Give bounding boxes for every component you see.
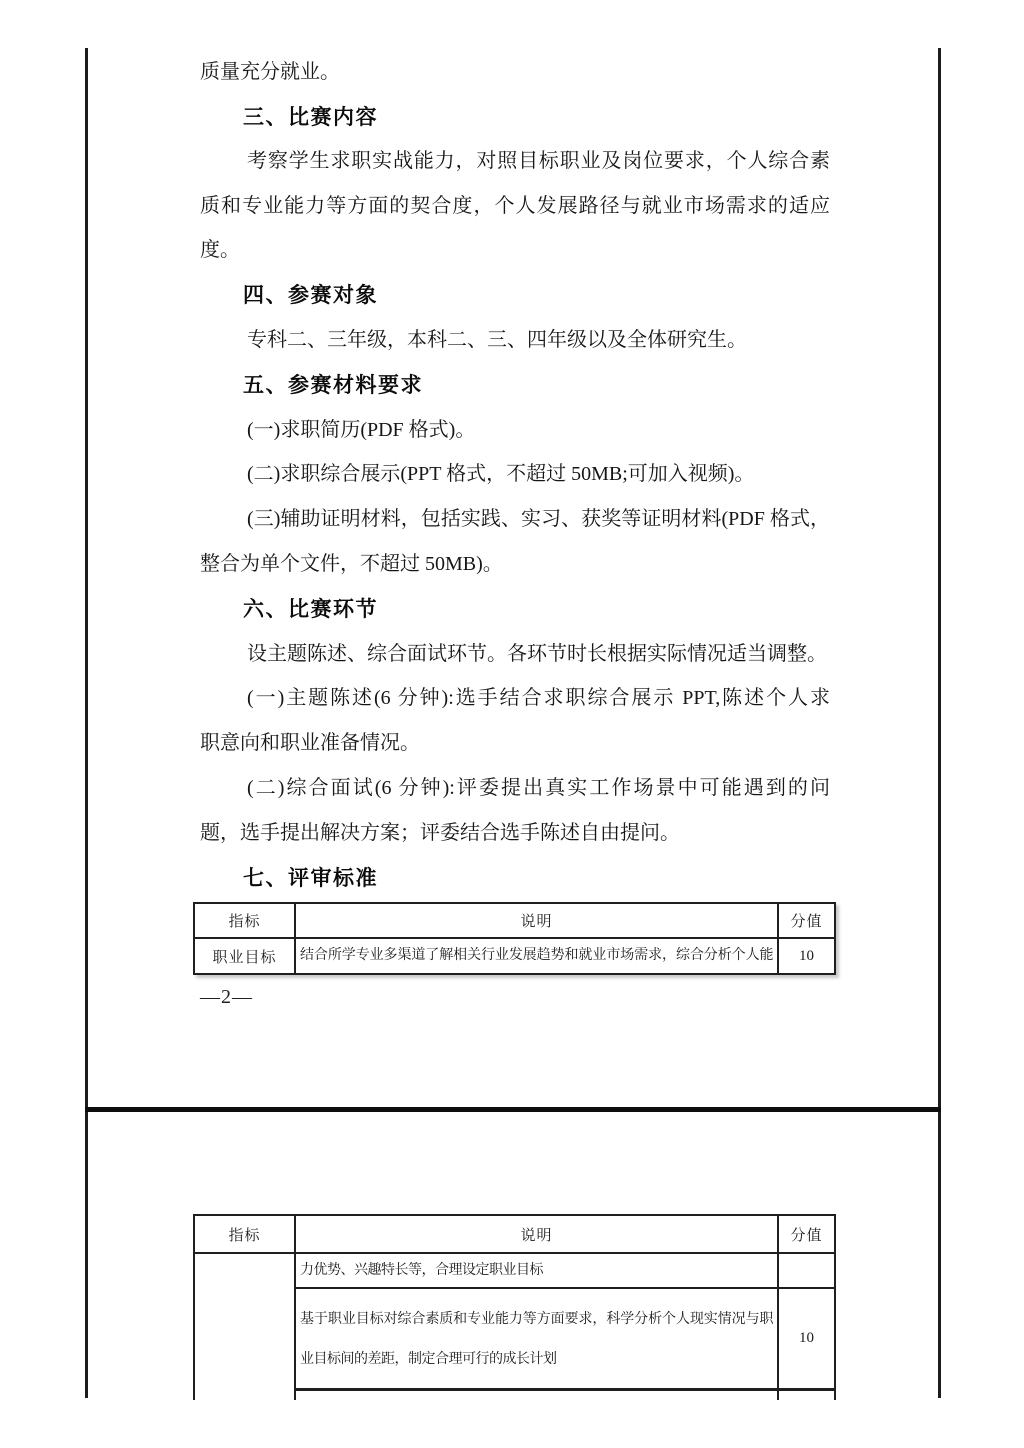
body-line: 质和专业能力等方面的契合度，个人发展路径与就业市场需求的适应 [200,184,830,229]
table-cell-description: 基于职业目标对综合素质和专业能力等方面要求，科学分析个人现实情况与职 [300,1305,773,1335]
table-cell-score: 10 [779,1289,834,1388]
document-page: 质量充分就业。 三、比赛内容 考察学生求职实战能力，对照目标职业及岗位要求，个人… [0,0,1024,1448]
section-heading-participants: 四、参赛对象 [243,273,378,318]
table-cell-description-continuation: 力优势、兴趣特长等，合理设定职业目标 [300,1256,773,1286]
body-line: 职意向和职业准备情况。 [200,721,420,766]
section-heading-material-requirements: 五、参赛材料要求 [243,363,423,408]
body-line: 专科二、三年级，本科二、三、四年级以及全体研究生。 [247,318,747,363]
section-heading-contest-content: 三、比赛内容 [243,95,378,140]
body-line: (二)综合面试(6 分钟):评委提出真实工作场景中可能遇到的问 [247,766,830,811]
body-line: 度。 [200,228,240,273]
page-number: —2— [200,986,253,1009]
table-cell-score: 10 [779,939,834,973]
table-header-indicator: 指标 [195,1216,294,1252]
page-right-border-line [938,48,941,1398]
page-break-divider [85,1107,941,1112]
table-header-score: 分值 [779,904,834,937]
table-cell-description: 结合所学专业多渠道了解相关行业发展趋势和就业市场需求，综合分析个人能 [300,939,773,973]
page-left-border-line [85,48,88,1398]
section-heading-contest-stages: 六、比赛环节 [243,587,378,632]
table-header-indicator: 指标 [195,904,294,937]
table-cell-description: 业目标间的差距，制定合理可行的成长计划 [300,1345,773,1375]
table-header-description: 说明 [296,904,777,937]
table-row-divider [296,1287,834,1289]
section-heading-review-criteria: 七、评审标准 [243,856,378,901]
body-line: (三)辅助证明材料，包括实践、实习、获奖等证明材料(PDF 格式， [247,497,830,542]
body-line: 题，选手提出解决方案；评委结合选手陈述自由提问。 [200,811,680,856]
score-table-page2: 指标 说明 分值 职业目标 结合所学专业多渠道了解相关行业发展趋势和就业市场需求… [193,902,836,975]
body-line: 质量充分就业。 [200,50,340,95]
table-row-divider [296,1388,834,1391]
table-header-score: 分值 [779,1216,834,1252]
score-table-page3: 指标 说明 分值 力优势、兴趣特长等，合理设定职业目标 基于职业目标对综合素质和… [193,1214,836,1400]
table-header-divider [195,1252,834,1254]
table-cell-indicator: 职业目标 [195,939,294,973]
body-line: 设主题陈述、综合面试环节。各环节时长根据实际情况适当调整。 [247,632,827,677]
body-line: 整合为单个文件，不超过 50MB)。 [200,542,503,587]
body-line: (二)求职综合展示(PPT 格式，不超过 50MB;可加入视频)。 [247,452,754,497]
body-line: (一)主题陈述(6 分钟):选手结合求职综合展示 PPT,陈述个人求 [247,676,830,721]
table-header-description: 说明 [296,1216,777,1252]
body-line: 考察学生求职实战能力，对照目标职业及岗位要求，个人综合素 [247,139,830,184]
body-line: (一)求职简历(PDF 格式)。 [247,408,475,453]
